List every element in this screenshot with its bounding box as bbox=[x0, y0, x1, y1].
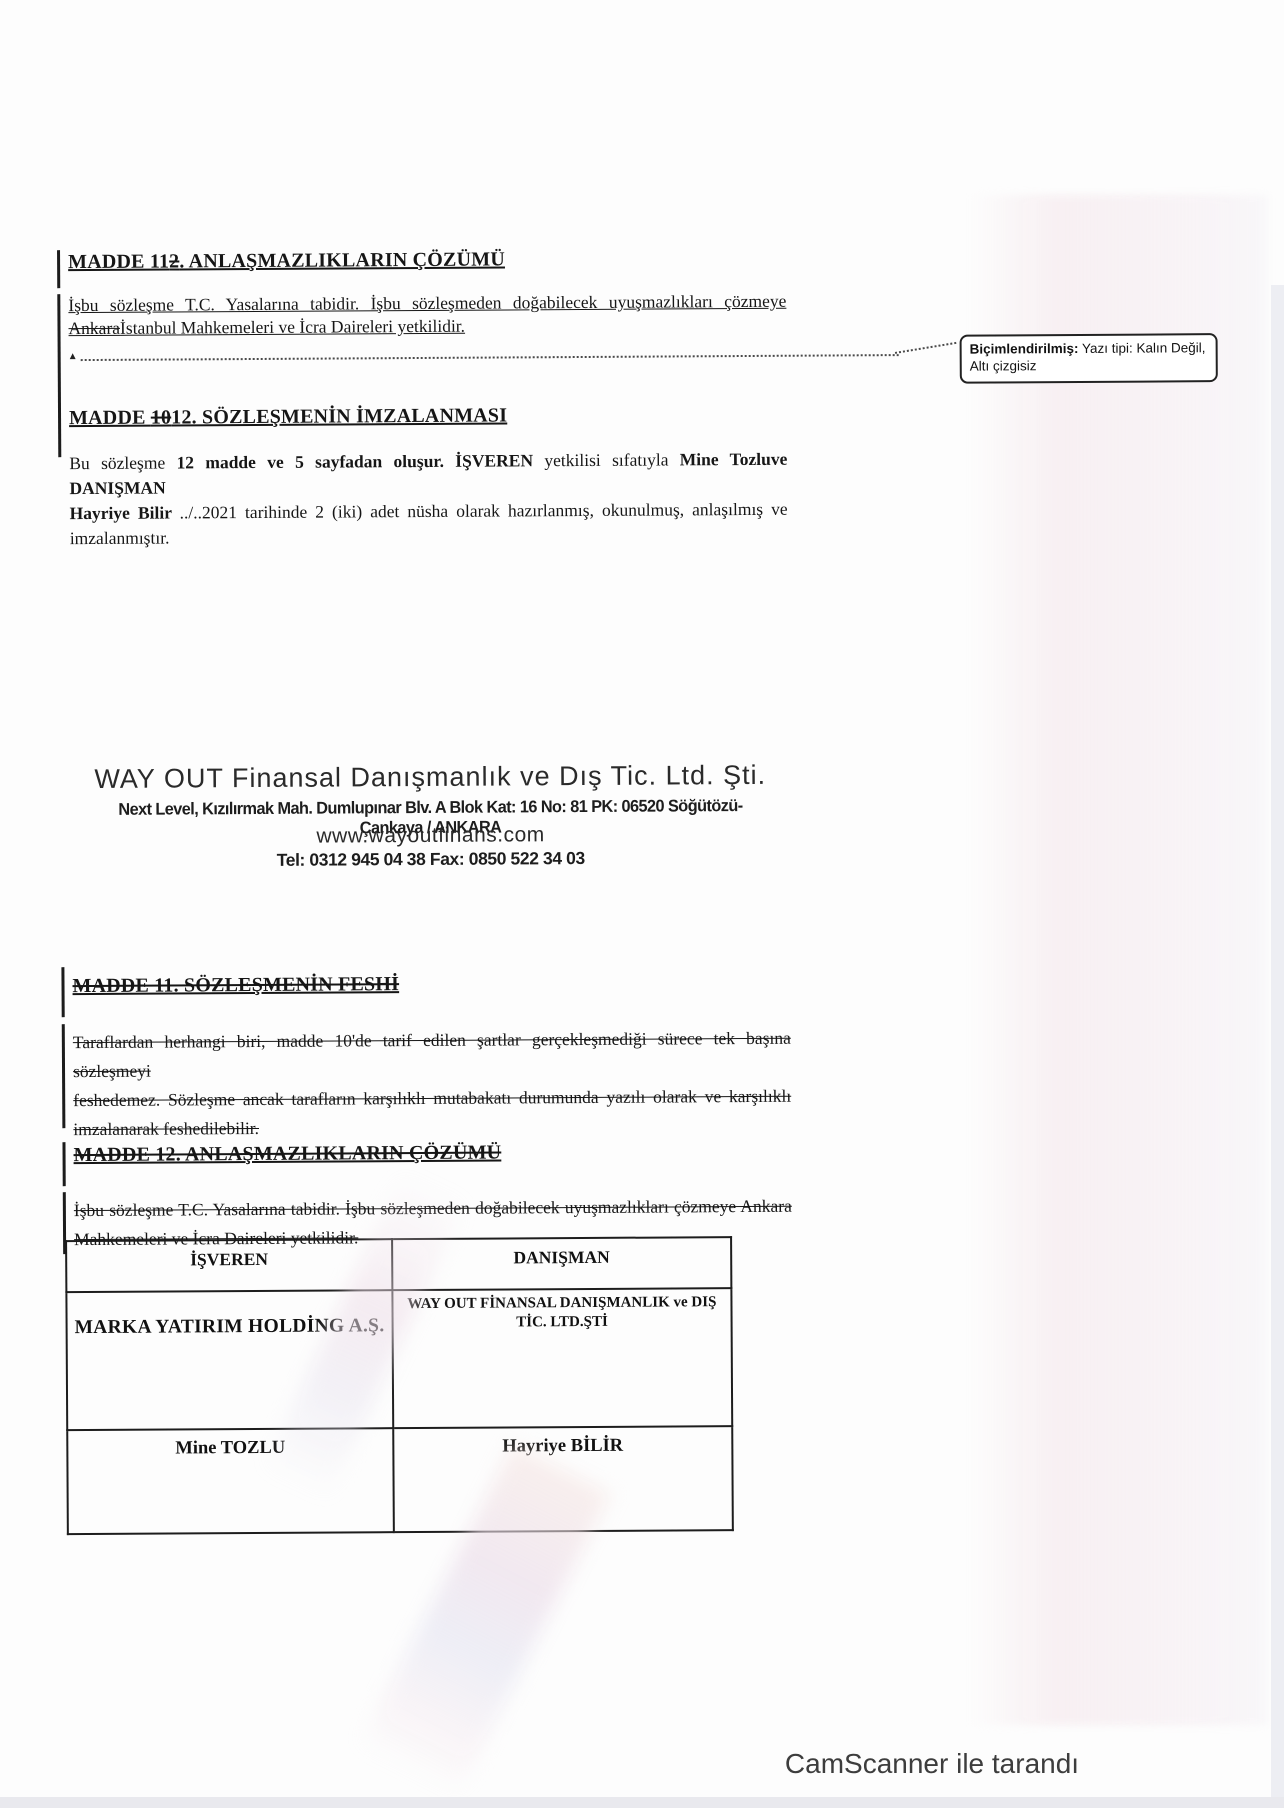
heading-madde-12-anlasmazliklarin-cozumu-deleted: MADDE 12. ANLAŞMAZLIKLARIN ÇÖZÜMÜ bbox=[73, 1140, 791, 1167]
paragraph-sozlesmenin-feshi-deleted: Taraflardan herhangi biri, madde 10'de t… bbox=[73, 1024, 792, 1144]
cell-danisman-signatory: Hayriye BİLİR bbox=[393, 1426, 733, 1532]
scanned-contract-page: MADDE 112. ANLAŞMAZLIKLARIN ÇÖZÜMÜ İşbu … bbox=[0, 0, 1284, 1808]
header-isveren: İŞVEREN bbox=[66, 1239, 392, 1292]
company-website: www.wayoutfinans.com bbox=[72, 822, 790, 850]
paragraph-sozlesmenin-imzalanmasi: Bu sözleşme 12 madde ve 5 sayfadan oluşu… bbox=[69, 447, 788, 551]
comment-label: Biçimlendirilmiş: bbox=[970, 341, 1079, 357]
company-phone-fax: Tel: 0312 945 04 38 Fax: 0850 522 34 03 bbox=[72, 847, 790, 872]
scan-edge-bottom bbox=[0, 1797, 1284, 1808]
revision-bar bbox=[62, 1142, 65, 1186]
tracked-change-comment-box: Biçimlendirilmiş: Yazı tipi: Kalın Değil… bbox=[960, 333, 1218, 384]
table-header-row: İŞVEREN DANIŞMAN bbox=[66, 1237, 731, 1292]
revision-bar bbox=[57, 294, 61, 457]
cell-isveren-signatory: Mine TOZLU bbox=[67, 1428, 393, 1534]
revision-bar bbox=[62, 1024, 66, 1128]
heading-madde-12-sozlesmenin-imzalanmasi: MADDE 1012. SÖZLEŞMENİN İMZALANMASI bbox=[69, 403, 787, 430]
camscanner-watermark: CamScanner ile tarandı bbox=[0, 1748, 1284, 1780]
header-danisman: DANIŞMAN bbox=[392, 1237, 731, 1290]
revision-anchor-marker: ▲ bbox=[68, 351, 78, 362]
cell-isveren-company: MARKA YATIRIM HOLDİNG A.Ş. bbox=[66, 1290, 393, 1430]
comment-leader-curve bbox=[895, 342, 957, 354]
camscanner-watermark-text: CamScanner ile tarandı bbox=[785, 1748, 1079, 1779]
company-name: WAY OUT Finansal Danışmanlık ve Dış Tic.… bbox=[71, 760, 789, 795]
cell-danisman-company: WAY OUT FİNANSAL DANIŞMANLIK ve DIŞ TİC.… bbox=[392, 1288, 732, 1428]
signature-table: İŞVEREN DANIŞMAN MARKA YATIRIM HOLDİNG A… bbox=[65, 1236, 734, 1535]
document-content: MADDE 112. ANLAŞMAZLIKLARIN ÇÖZÜMÜ İşbu … bbox=[0, 0, 1284, 1808]
scan-edge-right bbox=[1271, 285, 1284, 1808]
paragraph-anlasmazliklarin-cozumu: İşbu sözleşme T.C. Yasalarına tabidir. İ… bbox=[68, 290, 786, 340]
table-row: Mine TOZLU Hayriye BİLİR bbox=[67, 1426, 733, 1534]
comment-leader-line bbox=[81, 354, 899, 361]
revision-bar bbox=[57, 250, 60, 288]
heading-madde-11-sozlesmenin-feshi-deleted: MADDE 11. SÖZLEŞMENİN FESHİ bbox=[72, 971, 790, 998]
table-row: MARKA YATIRIM HOLDİNG A.Ş. WAY OUT FİNAN… bbox=[66, 1288, 732, 1430]
revision-bar bbox=[61, 967, 64, 1017]
heading-madde-11-anlasmazliklarin-cozumu: MADDE 112. ANLAŞMAZLIKLARIN ÇÖZÜMÜ bbox=[68, 247, 786, 274]
